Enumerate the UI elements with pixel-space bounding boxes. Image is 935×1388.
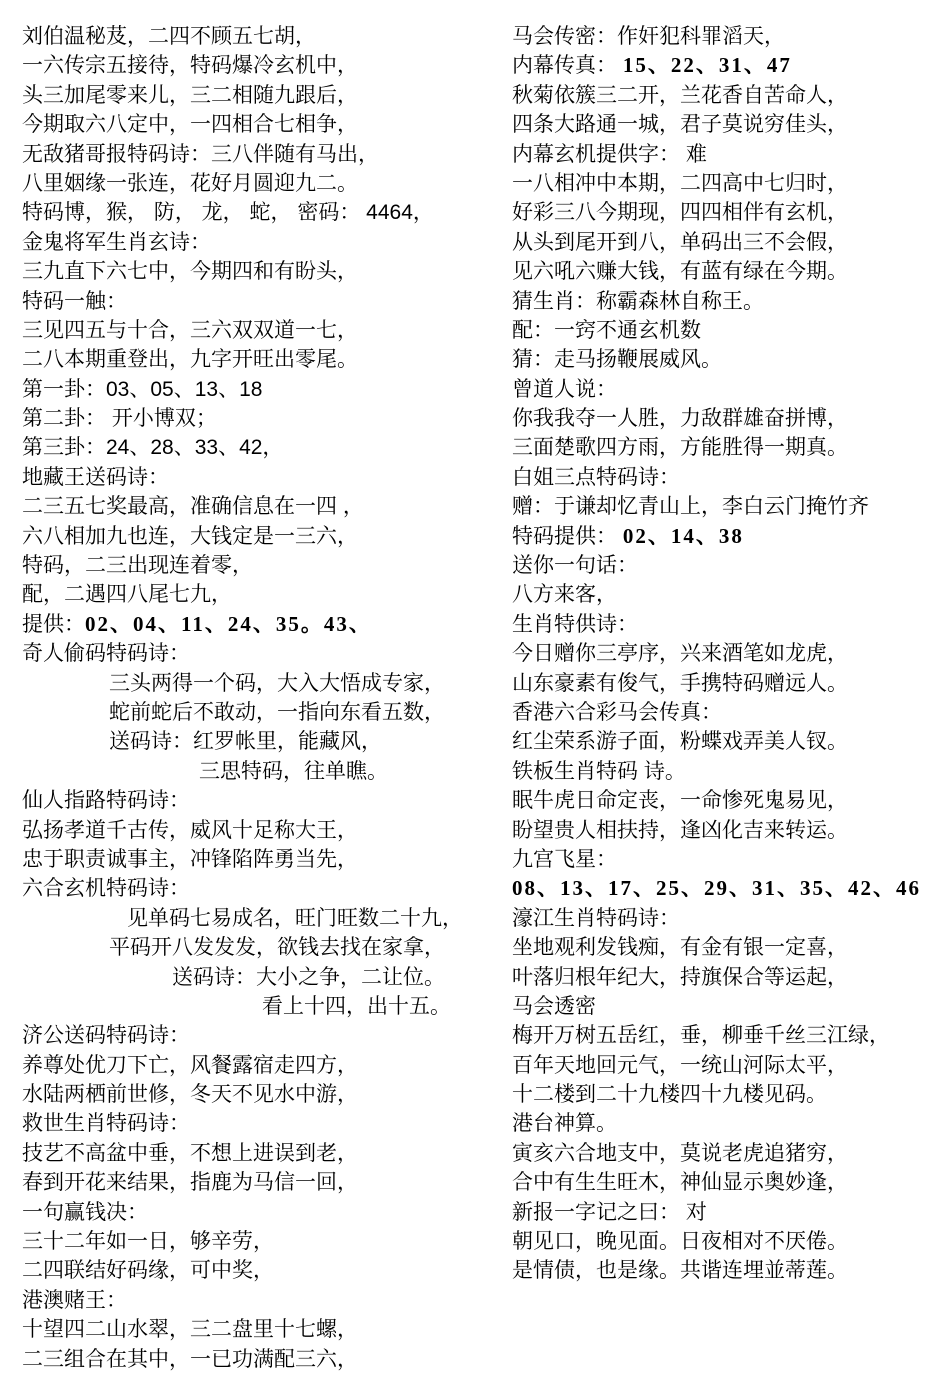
text-segment: 三九直下六七中，今期四和有盼头， [22, 260, 358, 283]
text-line: 十二楼到二十九楼四十九楼见码。 [512, 1080, 935, 1109]
text-segment: 盼望贵人相扶持，逢凶化吉来转运。 [512, 819, 848, 842]
text-line: 头三加尾零来儿，三二相随九跟后， [22, 81, 490, 110]
text-line: 第二卦： 开小博双； [22, 404, 490, 433]
text-line: 红尘荣系游子面，粉蝶戏弄美人钗。 [512, 727, 935, 756]
text-segment: 三十二年如一日，够辛劳， [22, 1230, 274, 1253]
text-segment: 山东豪素有俊气，手携特码赠远人。 [512, 672, 848, 695]
text-line: 刘伯温秘芨，二四不顾五七胡， [22, 22, 490, 51]
text-line: 内幕玄机提供字： 难 [512, 140, 935, 169]
text-segment: 送码诗：大小之争，二让位。 [172, 966, 445, 989]
text-line: 春到开花来结果，指鹿为马信一回， [22, 1168, 490, 1197]
text-line: 是情债，也是缘。共谐连埋並蒂莲。 [512, 1256, 935, 1285]
text-line: 一六传宗五接待，特码爆冷玄机中， [22, 51, 490, 80]
text-segment: 坐地观利发钱痴，有金有银一定喜， [512, 936, 848, 959]
text-line: 从头到尾开到八，单码出三不会假， [512, 228, 935, 257]
text-line: 白姐三点特码诗： [512, 463, 935, 492]
text-segment: 平码开八发发发，欲钱去找在家拿， [109, 936, 445, 959]
text-line: 金鬼将军生肖玄诗： [22, 228, 490, 257]
text-segment: 养尊处优刀下亡，风餐露宿走四方， [22, 1054, 358, 1077]
text-segment: 特码一触： [22, 290, 127, 313]
text-segment: 好彩三八今期现，四四相伴有玄机， [512, 201, 848, 224]
text-line: 六合玄机特码诗： [22, 874, 490, 903]
text-line: 特码博，猴， 防， 龙， 蛇， 密码： 4464， [22, 198, 490, 227]
text-line: 蛇前蛇后不敢动，一指向东看五数， [22, 698, 490, 727]
text-line: 奇人偷码特码诗： [22, 639, 490, 668]
text-segment: 四条大路通一城，君子莫说穷佳头， [512, 113, 848, 136]
text-line: 百年天地回元气，一统山河际太平， [512, 1051, 935, 1080]
text-segment: 马会透密 [512, 995, 596, 1018]
text-line: 猜：走马扬鞭展威风。 [512, 345, 935, 374]
text-segment: 港澳赌王： [22, 1289, 127, 1312]
text-line: 济公送码特码诗： [22, 1021, 490, 1050]
text-segment: 特码博，猴， 防， 龙， 蛇， 密码： 4464， [22, 201, 434, 224]
text-segment: 白姐三点特码诗： [512, 466, 680, 489]
text-line: 配：一窍不通玄机数 [512, 316, 935, 345]
text-line: 马会透密 [512, 992, 935, 1021]
text-segment: 提供： [22, 613, 85, 636]
text-line: 盼望贵人相扶持，逢凶化吉来转运。 [512, 816, 935, 845]
text-line: 九宫飞星： [512, 845, 935, 874]
text-line: 港澳赌王： [22, 1286, 490, 1315]
text-line: 二八本期重登出，九字开旺出零尾。 [22, 345, 490, 374]
text-line: 寅亥六合地支中，莫说老虎追猪穷， [512, 1139, 935, 1168]
text-segment: 第一卦：03、05、13、18 [22, 378, 262, 401]
text-line: 送码诗：红罗帐里，能藏风， [22, 727, 490, 756]
text-line: 四条大路通一城，君子莫说穷佳头， [512, 110, 935, 139]
left-column: 刘伯温秘芨，二四不顾五七胡，一六传宗五接待，特码爆冷玄机中，头三加尾零来儿，三二… [0, 22, 490, 1374]
text-segment: 三面楚歌四方雨，方能胜得一期真。 [512, 436, 848, 459]
text-segment: 十望四二山水翠，三二盘里十七螺， [22, 1318, 358, 1341]
text-segment: 蛇前蛇后不敢动，一指向东看五数， [109, 701, 445, 724]
text-segment: 铁板生肖特码 诗。 [512, 760, 686, 783]
text-segment: 奇人偷码特码诗： [22, 642, 190, 665]
text-line: 第一卦：03、05、13、18 [22, 375, 490, 404]
text-line: 猜生肖：称霸森林自称王。 [512, 287, 935, 316]
text-line: 叶落归根年纪大，持旗保合等运起， [512, 963, 935, 992]
text-segment: 濠江生肖特码诗： [512, 907, 680, 930]
text-segment: 六八相加九也连，大钱定是一三六， [22, 525, 358, 548]
text-line: 见六吼六赚大钱，有蓝有绿在今期。 [512, 257, 935, 286]
text-segment: 地藏王送码诗： [22, 466, 169, 489]
text-line: 梅开万树五岳红，垂，柳垂千丝三江绿， [512, 1021, 935, 1050]
text-segment: 马会传密：作奸犯科罪滔天， [512, 25, 785, 48]
text-segment: 配，二遇四八尾七九， [22, 583, 232, 606]
text-segment: 救世生肖特码诗： [22, 1112, 190, 1135]
text-segment: 二四联结好码缘，可中奖， [22, 1259, 274, 1282]
text-line: 二三五七奖最高，准确信息在一四 ， [22, 492, 490, 521]
text-segment: 见单码七易成名，旺门旺数二十九， [127, 907, 463, 930]
text-line: 生肖特供诗： [512, 610, 935, 639]
text-line: 养尊处优刀下亡，风餐露宿走四方， [22, 1051, 490, 1080]
text-segment: 寅亥六合地支中，莫说老虎追猪穷， [512, 1142, 848, 1165]
text-line: 三见四五与十合，三六双双道一七， [22, 316, 490, 345]
text-line: 你我我夺一人胜，力敌群雄奋拼博， [512, 404, 935, 433]
text-line: 看上十四，出十五。 [22, 992, 490, 1021]
text-line: 二四联结好码缘，可中奖， [22, 1256, 490, 1285]
text-segment: 梅开万树五岳红，垂，柳垂千丝三江绿， [512, 1024, 890, 1047]
text-line: 水陆两栖前世修，冬天不见水中游， [22, 1080, 490, 1109]
text-line: 合中有生生旺木，神仙显示奥妙逢， [512, 1168, 935, 1197]
text-segment: 送你一句话： [512, 554, 638, 577]
text-line: 三头两得一个码，大入大悟成专家， [22, 669, 490, 698]
text-line: 秋菊依簇三二开，兰花香自苦命人， [512, 81, 935, 110]
text-segment: 二三组合在其中，一已功满配三六， [22, 1348, 358, 1371]
text-segment: 十二楼到二十九楼四十九楼见码。 [512, 1083, 827, 1106]
text-segment: 配：一窍不通玄机数 [512, 319, 701, 342]
bold-numbers: 02、04、11、24、35。43、 [85, 612, 372, 636]
text-segment: 内幕传真： [512, 54, 623, 77]
lottery-poems-document: 刘伯温秘芨，二四不顾五七胡，一六传宗五接待，特码爆冷玄机中，头三加尾零来儿，三二… [0, 0, 935, 1374]
text-segment: 今期取六八定中，一四相合七相争， [22, 113, 358, 136]
text-segment: 刘伯温秘芨，二四不顾五七胡， [22, 25, 316, 48]
text-segment: 送码诗：红罗帐里，能藏风， [109, 730, 382, 753]
text-segment: 从头到尾开到八，单码出三不会假， [512, 231, 848, 254]
text-line: 坐地观利发钱痴，有金有银一定喜， [512, 933, 935, 962]
text-segment: 三见四五与十合，三六双双道一七， [22, 319, 358, 342]
text-line: 仙人指路特码诗： [22, 786, 490, 815]
text-line: 地藏王送码诗： [22, 463, 490, 492]
text-segment: 生肖特供诗： [512, 613, 638, 636]
text-line: 新报一字记之曰： 对 [512, 1198, 935, 1227]
text-segment: 猜生肖：称霸森林自称王。 [512, 290, 764, 313]
text-segment: 一六传宗五接待，特码爆冷玄机中， [22, 54, 358, 77]
text-line: 08、13、17、25、29、31、35、42、46 [512, 874, 935, 903]
text-line: 八里姻缘一张连，花好月圆迎九二。 [22, 169, 490, 198]
text-segment: 今日赠你三亭序，兴来酒笔如龙虎， [512, 642, 848, 665]
text-line: 曾道人说： [512, 375, 935, 404]
text-segment: 春到开花来结果，指鹿为马信一回， [22, 1171, 358, 1194]
text-line: 眠牛虎日命定丧，一命惨死鬼易见， [512, 786, 935, 815]
text-line: 八方来客， [512, 580, 935, 609]
text-segment: 九宫飞星： [512, 848, 617, 871]
text-line: 二三组合在其中，一已功满配三六， [22, 1345, 490, 1374]
text-segment: 见六吼六赚大钱，有蓝有绿在今期。 [512, 260, 848, 283]
text-line: 十望四二山水翠，三二盘里十七螺， [22, 1315, 490, 1344]
text-segment: 无敌猪哥报特码诗：三八伴随有马出， [22, 143, 379, 166]
text-line: 三思特码，往单瞧。 [22, 757, 490, 786]
text-line: 港台神算。 [512, 1109, 935, 1138]
text-segment: 眠牛虎日命定丧，一命惨死鬼易见， [512, 789, 848, 812]
text-segment: 济公送码特码诗： [22, 1024, 190, 1047]
text-segment: 头三加尾零来儿，三二相随九跟后， [22, 84, 358, 107]
text-line: 技艺不高盆中垂，不想上进误到老， [22, 1139, 490, 1168]
text-line: 铁板生肖特码 诗。 [512, 757, 935, 786]
text-line: 香港六合彩马会传真： [512, 698, 935, 727]
text-line: 忠于职责诚事主，冲锋陷阵勇当先， [22, 845, 490, 874]
text-line: 送你一句话： [512, 551, 935, 580]
bold-numbers: 15、22、31、47 [623, 53, 792, 77]
text-line: 朝见口，晚见面。日夜相对不厌倦。 [512, 1227, 935, 1256]
text-line: 特码，二三出现连着零， [22, 551, 490, 580]
text-line: 六八相加九也连，大钱定是一三六， [22, 522, 490, 551]
text-segment: 六合玄机特码诗： [22, 877, 190, 900]
text-segment: 猜：走马扬鞭展威风。 [512, 348, 722, 371]
text-segment: 仙人指路特码诗： [22, 789, 190, 812]
text-line: 马会传密：作奸犯科罪滔天， [512, 22, 935, 51]
bold-numbers: 02、14、38 [623, 524, 744, 548]
text-segment: 特码提供： [512, 525, 623, 548]
text-line: 内幕传真： 15、22、31、47 [512, 51, 935, 80]
text-line: 无敌猪哥报特码诗：三八伴随有马出， [22, 140, 490, 169]
text-segment: 技艺不高盆中垂，不想上进误到老， [22, 1142, 358, 1165]
text-segment: 港台神算。 [512, 1112, 617, 1135]
text-line: 赠：于谦却忆青山上，李白云门掩竹齐 [512, 492, 935, 521]
text-line: 特码提供： 02、14、38 [512, 522, 935, 551]
text-line: 一八相冲中本期，二四高中七归时， [512, 169, 935, 198]
text-segment: 八方来客， [512, 583, 617, 606]
text-line: 山东豪素有俊气，手携特码赠远人。 [512, 669, 935, 698]
text-line: 配，二遇四八尾七九， [22, 580, 490, 609]
text-line: 平码开八发发发，欲钱去找在家拿， [22, 933, 490, 962]
text-line: 濠江生肖特码诗： [512, 904, 935, 933]
text-segment: 二八本期重登出，九字开旺出零尾。 [22, 348, 358, 371]
text-segment: 一句赢钱决： [22, 1201, 148, 1224]
text-line: 三九直下六七中，今期四和有盼头， [22, 257, 490, 286]
text-segment: 你我我夺一人胜，力敌群雄奋拼博， [512, 407, 848, 430]
text-segment: 二三五七奖最高，准确信息在一四 ， [22, 495, 364, 518]
text-line: 见单码七易成名，旺门旺数二十九， [22, 904, 490, 933]
text-segment: 合中有生生旺木，神仙显示奥妙逢， [512, 1171, 848, 1194]
text-line: 救世生肖特码诗： [22, 1109, 490, 1138]
text-segment: 水陆两栖前世修，冬天不见水中游， [22, 1083, 358, 1106]
text-line: 三面楚歌四方雨，方能胜得一期真。 [512, 433, 935, 462]
text-segment: 百年天地回元气，一统山河际太平， [512, 1054, 848, 1077]
text-segment: 一八相冲中本期，二四高中七归时， [512, 172, 848, 195]
text-segment: 朝见口，晚见面。日夜相对不厌倦。 [512, 1230, 848, 1253]
text-line: 送码诗：大小之争，二让位。 [22, 963, 490, 992]
text-segment: 是情债，也是缘。共谐连埋並蒂莲。 [512, 1259, 848, 1282]
text-segment: 红尘荣系游子面，粉蝶戏弄美人钗。 [512, 730, 848, 753]
text-line: 特码一触： [22, 287, 490, 316]
text-segment: 三思特码，往单瞧。 [199, 760, 388, 783]
text-segment: 第二卦： 开小博双； [22, 407, 217, 430]
text-segment: 香港六合彩马会传真： [512, 701, 722, 724]
text-line: 弘扬孝道千古传，威风十足称大王， [22, 816, 490, 845]
text-segment: 曾道人说： [512, 378, 617, 401]
text-segment: 看上十四，出十五。 [262, 995, 451, 1018]
text-segment: 弘扬孝道千古传，威风十足称大王， [22, 819, 358, 842]
text-segment: 秋菊依簇三二开，兰花香自苦命人， [512, 84, 848, 107]
text-line: 一句赢钱决： [22, 1198, 490, 1227]
text-line: 第三卦：24、28、33、42， [22, 433, 490, 462]
text-segment: 特码，二三出现连着零， [22, 554, 253, 577]
text-line: 提供：02、04、11、24、35。43、 [22, 610, 490, 639]
text-segment: 赠：于谦却忆青山上，李白云门掩竹齐 [512, 495, 869, 518]
text-segment: 八里姻缘一张连，花好月圆迎九二。 [22, 172, 358, 195]
text-line: 好彩三八今期现，四四相伴有玄机， [512, 198, 935, 227]
text-segment: 第三卦：24、28、33、42， [22, 436, 283, 459]
text-line: 今日赠你三亭序，兴来酒笔如龙虎， [512, 639, 935, 668]
text-segment: 内幕玄机提供字： 难 [512, 143, 707, 166]
text-line: 今期取六八定中，一四相合七相争， [22, 110, 490, 139]
text-segment: 三头两得一个码，大入大悟成专家， [109, 672, 445, 695]
text-segment: 金鬼将军生肖玄诗： [22, 231, 211, 254]
right-column: 马会传密：作奸犯科罪滔天，内幕传真： 15、22、31、47秋菊依簇三二开，兰花… [490, 22, 935, 1374]
text-segment: 叶落归根年纪大，持旗保合等运起， [512, 966, 848, 989]
text-segment: 新报一字记之曰： 对 [512, 1201, 707, 1224]
bold-numbers: 08、13、17、25、29、31、35、42、46 [512, 876, 921, 900]
text-segment: 忠于职责诚事主，冲锋陷阵勇当先， [22, 848, 358, 871]
text-line: 三十二年如一日，够辛劳， [22, 1227, 490, 1256]
